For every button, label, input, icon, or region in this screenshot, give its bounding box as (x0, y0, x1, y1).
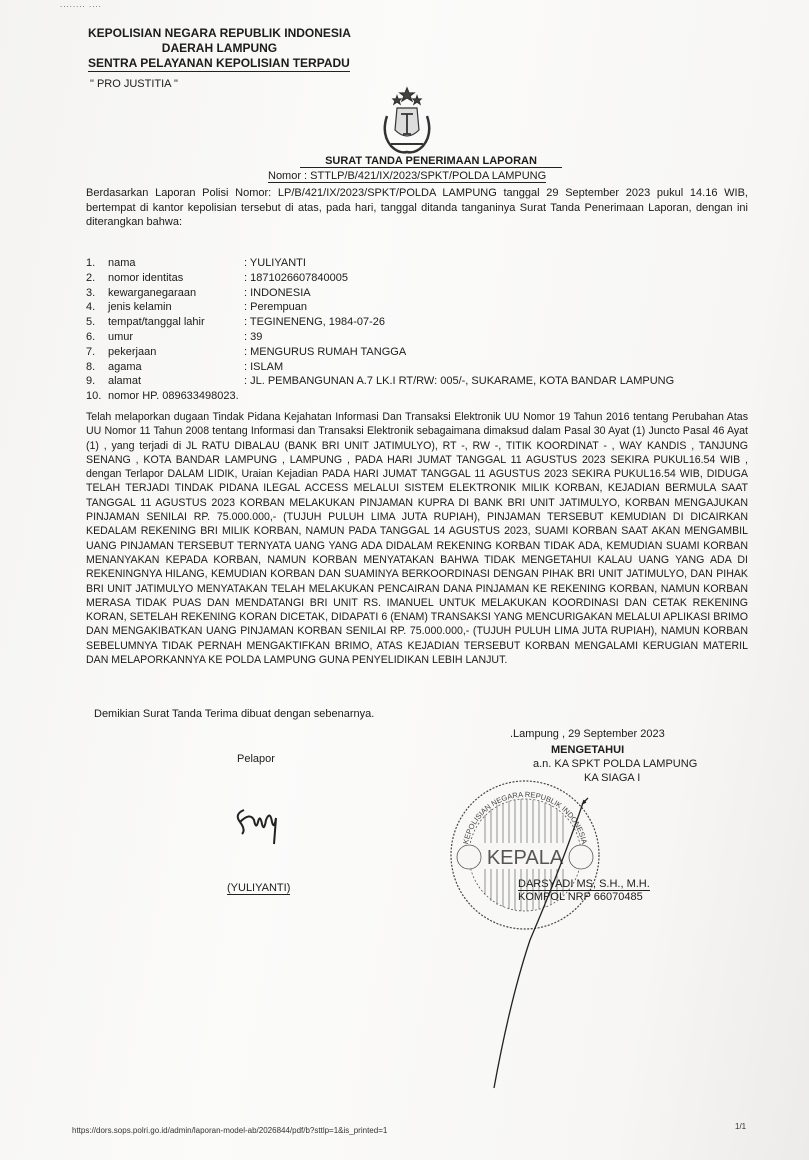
field-num: 5. (86, 315, 108, 330)
field-num: 3. (86, 286, 108, 301)
field-label: tempat/tanggal lahir (108, 315, 244, 330)
field-row: 6.umur: 39 (86, 330, 674, 345)
officer-block: DARSYADI MS, S.H., M.H. KOMPOL NRP 66070… (518, 878, 650, 904)
field-num: 1. (86, 256, 108, 271)
field-value: : JL. PEMBANGUNAN A.7 LK.I RT/RW: 005/-,… (244, 374, 674, 389)
letterhead-line-2: DAERAH LAMPUNG (88, 41, 351, 56)
reporter-label: Pelapor (237, 753, 275, 765)
field-label: umur (108, 330, 244, 345)
document-page: ........ .... KEPOLISIAN NEGARA REPUBLIK… (0, 0, 809, 1160)
field-value: : TEGINENENG, 1984-07-26 (244, 315, 385, 330)
field-row: 5.tempat/tanggal lahir: TEGINENENG, 1984… (86, 315, 674, 330)
closing-statement: Demikian Surat Tanda Terima dibuat denga… (94, 708, 374, 720)
field-value: : Perempuan (244, 300, 307, 315)
field-row: 7.pekerjaan: MENGURUS RUMAH TANGGA (86, 345, 674, 360)
field-num: 6. (86, 330, 108, 345)
reporter-details: 1.nama: YULIYANTI 2.nomor identitas: 187… (86, 256, 674, 404)
document-number: Nomor : STTLP/B/421/IX/2023/SPKT/POLDA L… (268, 170, 546, 183)
document-title: SURAT TANDA PENERIMAAN LAPORAN (300, 155, 562, 168)
field-num: 7. (86, 345, 108, 360)
field-label: nomor HP. 089633498023. (108, 389, 239, 404)
field-num: 8. (86, 360, 108, 375)
field-num: 4. (86, 300, 108, 315)
field-value: : INDONESIA (244, 286, 311, 301)
field-value: : MENGURUS RUMAH TANGGA (244, 345, 406, 360)
field-value: : 1871026607840005 (244, 271, 348, 286)
officer-name: DARSYADI MS, S.H., M.H. (518, 878, 650, 891)
letterhead: KEPOLISIAN NEGARA REPUBLIK INDONESIA DAE… (88, 26, 351, 71)
field-row: 3.kewarganegaraan: INDONESIA (86, 286, 674, 301)
incident-description: Telah melaporkan dugaan Tindak Pidana Ke… (86, 410, 748, 667)
officer-signature-stroke-icon (490, 790, 590, 1090)
field-label: nama (108, 256, 244, 271)
field-row: 4.jenis kelamin: Perempuan (86, 300, 674, 315)
field-row: 9.alamat: JL. PEMBANGUNAN A.7 LK.I RT/RW… (86, 374, 674, 389)
field-num: 9. (86, 374, 108, 389)
on-behalf-label: a.n. KA SPKT POLDA LAMPUNG (533, 758, 697, 770)
acknowledged-label: MENGETAHUI (551, 744, 624, 756)
field-value: : YULIYANTI (244, 256, 306, 271)
reporter-name: (YULIYANTI) (227, 882, 290, 895)
field-value: : 39 (244, 330, 262, 345)
footer-url: https://dors.sops.polri.go.id/admin/lapo… (72, 1126, 387, 1135)
field-row: 1.nama: YULIYANTI (86, 256, 674, 271)
field-num: 10. (86, 389, 108, 404)
letterhead-line-1: KEPOLISIAN NEGARA REPUBLIK INDONESIA (88, 26, 351, 41)
field-label: agama (108, 360, 244, 375)
intro-paragraph: Berdasarkan Laporan Polisi Nomor: LP/B/4… (86, 186, 748, 230)
field-row: 8.agama: ISLAM (86, 360, 674, 375)
field-label: nomor identitas (108, 271, 244, 286)
field-row: 2.nomor identitas: 1871026607840005 (86, 271, 674, 286)
pro-justitia: " PRO JUSTITIA " (90, 78, 178, 90)
field-label: pekerjaan (108, 345, 244, 360)
officer-rank: KOMPOL NRP 66070485 (518, 891, 650, 904)
field-num: 2. (86, 271, 108, 286)
title-heading: SURAT TANDA PENERIMAAN LAPORAN (300, 155, 562, 168)
place-date: .Lampung , 29 September 2023 (510, 728, 665, 740)
police-emblem-icon (377, 86, 437, 156)
letterhead-line-3: SENTRA PELAYANAN KEPOLISIAN TERPADU (88, 56, 350, 72)
top-scrap-text: ........ .... (60, 0, 102, 9)
page-number: 1/1 (735, 1122, 746, 1131)
field-label: alamat (108, 374, 244, 389)
reporter-signature-icon (230, 800, 290, 850)
field-value: : ISLAM (244, 360, 283, 375)
field-label: jenis kelamin (108, 300, 244, 315)
field-row: 10.nomor HP. 089633498023. (86, 389, 674, 404)
field-label: kewarganegaraan (108, 286, 244, 301)
